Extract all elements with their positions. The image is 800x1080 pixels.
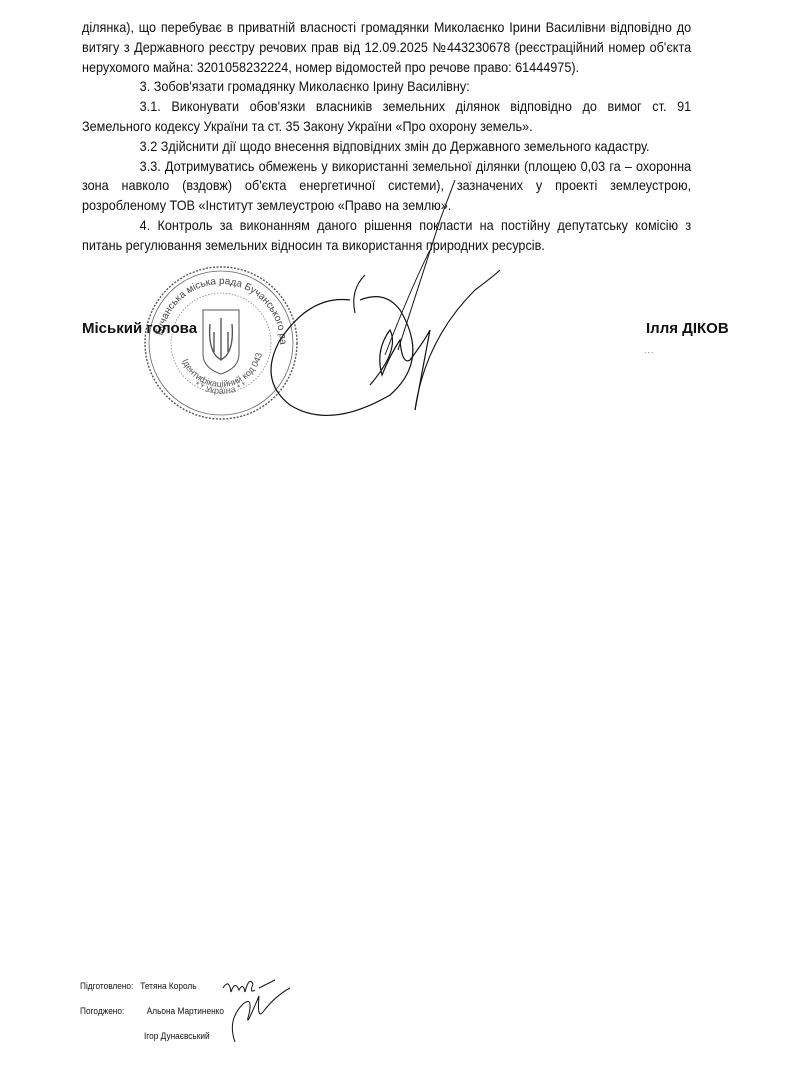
agreed-by-line-2: Ігор Дунаєвський bbox=[144, 1031, 210, 1041]
agreed-by-name-2: Ігор Дунаєвський bbox=[144, 1031, 210, 1041]
agreed-by-line: Погоджено: Альона Мартиненко bbox=[80, 1006, 224, 1016]
signer-name: Ілля ДІКОВ bbox=[646, 320, 729, 337]
position-title: Міський голова bbox=[82, 320, 197, 337]
paragraph-3-1: 3.1. Виконувати обов'язки власників земе… bbox=[82, 97, 691, 137]
prepared-label: Підготовлено: bbox=[80, 981, 133, 991]
paragraph-continuation: ділянка), що перебуває в приватній власн… bbox=[82, 18, 691, 77]
paragraph-3-2: 3.2 Здійснити дії щодо внесення відповід… bbox=[82, 137, 691, 157]
initials-signature bbox=[215, 970, 305, 1050]
coat-of-arms-icon bbox=[203, 310, 239, 374]
prepared-by-line: Підготовлено: Тетяна Король bbox=[80, 981, 197, 991]
paragraph-3: 3. Зобов'язати громадянку Миколаєнко Іри… bbox=[82, 77, 691, 97]
prepared-by-name: Тетяна Король bbox=[140, 981, 196, 991]
handwritten-signature bbox=[250, 180, 510, 440]
dots: ... bbox=[644, 345, 655, 355]
agreed-label: Погоджено: bbox=[80, 1006, 144, 1016]
agreed-by-name-1: Альона Мартиненко bbox=[147, 1006, 224, 1016]
document-page: ділянка), що перебуває в приватній власн… bbox=[0, 0, 800, 1080]
